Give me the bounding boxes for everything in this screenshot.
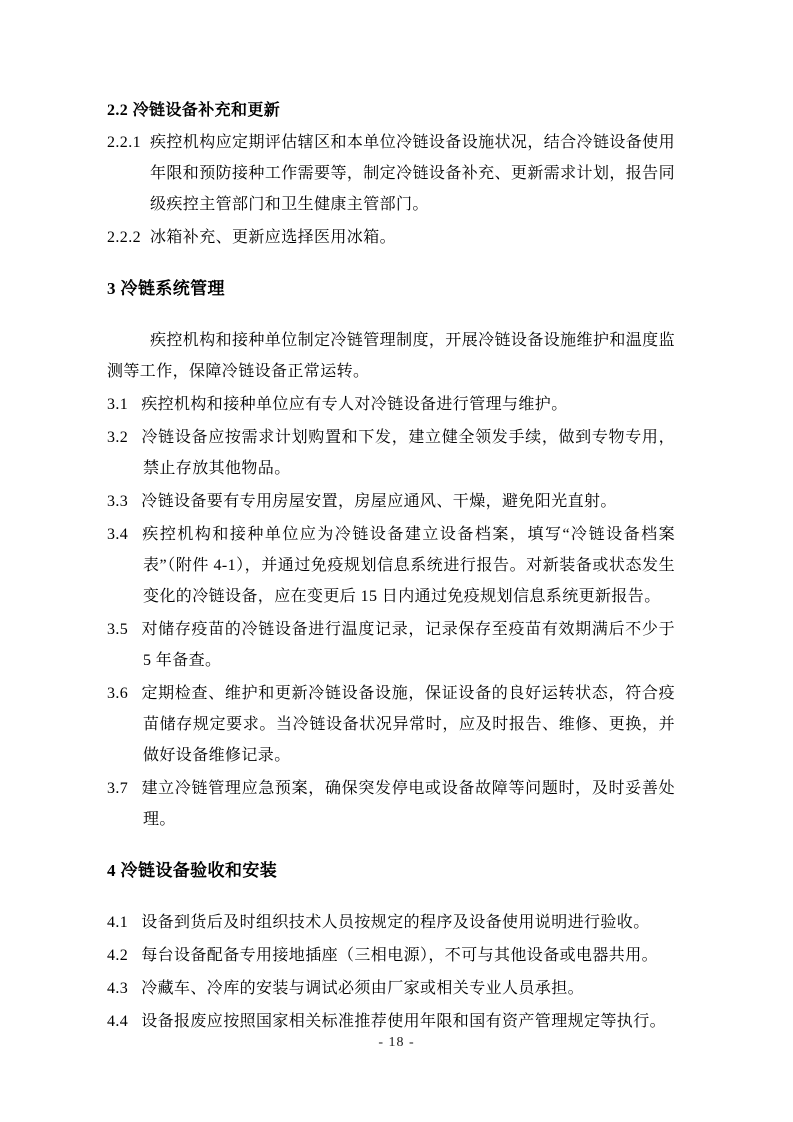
item-number: 2.2.2 xyxy=(107,229,150,246)
item-text: 疾控机构和接种单位应为冷链设备建立设备档案，填写“冷链设备档案表”（附件 4-1… xyxy=(141,526,675,605)
numbered-item-3-7: 3.7建立冷链管理应急预案，确保突发停电或设备故障等问题时，及时妥善处理。 xyxy=(107,773,675,835)
item-number: 3.7 xyxy=(107,780,141,797)
document-content: 2.2 冷链设备补充和更新 2.2.1疾控机构应定期评估辖区和本单位冷链设备设施… xyxy=(107,95,675,1039)
item-text: 冷链设备应按需求计划购置和下发，建立健全领发手续，做到专物专用，禁止存放其他物品… xyxy=(141,429,675,477)
numbered-item-3-2: 3.2冷链设备应按需求计划购置和下发，建立健全领发手续，做到专物专用，禁止存放其… xyxy=(107,422,675,484)
item-text: 建立冷链管理应急预案，确保突发停电或设备故障等问题时，及时妥善处理。 xyxy=(141,780,675,828)
item-number: 3.6 xyxy=(107,685,141,702)
item-text: 冷藏车、冷库的安装与调试必须由厂家或相关专业人员承担。 xyxy=(141,980,584,997)
section-heading-4: 4 冷链设备验收和安装 xyxy=(107,855,675,886)
section-heading-3: 3 冷链系统管理 xyxy=(107,273,675,304)
item-number: 4.1 xyxy=(107,914,141,931)
item-number: 3.3 xyxy=(107,493,141,510)
subsection-heading-2-2: 2.2 冷链设备补充和更新 xyxy=(107,95,675,126)
item-text: 对储存疫苗的冷链设备进行温度记录，记录保存至疫苗有效期满后不少于 5 年备查。 xyxy=(141,621,675,669)
item-text: 设备报废应按照国家相关标准推荐使用年限和国有资产管理规定等执行。 xyxy=(141,1013,666,1030)
item-text: 定期检查、维护和更新冷链设备设施，保证设备的良好运转状态，符合疫苗储存规定要求。… xyxy=(141,685,675,764)
item-number: 3.5 xyxy=(107,621,141,638)
item-text: 疾控机构应定期评估辖区和本单位冷链设备设施状况，结合冷链设备使用年限和预防接种工… xyxy=(150,134,675,213)
document-page: 2.2 冷链设备补充和更新 2.2.1疾控机构应定期评估辖区和本单位冷链设备设施… xyxy=(0,0,793,1122)
numbered-item-3-6: 3.6定期检查、维护和更新冷链设备设施，保证设备的良好运转状态，符合疫苗储存规定… xyxy=(107,678,675,771)
item-number: 4.4 xyxy=(107,1013,141,1030)
page-footer: - 18 - xyxy=(0,1033,793,1053)
numbered-item-3-5: 3.5对储存疫苗的冷链设备进行温度记录，记录保存至疫苗有效期满后不少于 5 年备… xyxy=(107,614,675,676)
numbered-item-3-1: 3.1疾控机构和接种单位应有专人对冷链设备进行管理与维护。 xyxy=(107,389,675,420)
item-text: 每台设备配备专用接地插座（三相电源），不可与其他设备或电器共用。 xyxy=(141,947,658,964)
item-number: 3.2 xyxy=(107,429,141,446)
numbered-item-3-4: 3.4疾控机构和接种单位应为冷链设备建立设备档案，填写“冷链设备档案表”（附件 … xyxy=(107,519,675,612)
page-number: - 18 - xyxy=(378,1035,414,1050)
numbered-item-2-2-2: 2.2.2冰箱补充、更新应选择医用冰箱。 xyxy=(107,222,675,253)
item-text: 疾控机构和接种单位应有专人对冷链设备进行管理与维护。 xyxy=(141,396,567,413)
item-number: 3.1 xyxy=(107,396,141,413)
numbered-item-4-3: 4.3冷藏车、冷库的安装与调试必须由厂家或相关专业人员承担。 xyxy=(107,973,675,1004)
item-number: 3.4 xyxy=(107,526,141,543)
item-number: 2.2.1 xyxy=(107,134,150,151)
numbered-item-4-1: 4.1设备到货后及时组织技术人员按规定的程序及设备使用说明进行验收。 xyxy=(107,907,675,938)
item-text: 设备到货后及时组织技术人员按规定的程序及设备使用说明进行验收。 xyxy=(141,914,649,931)
numbered-item-3-3: 3.3冷链设备要有专用房屋安置，房屋应通风、干燥，避免阳光直射。 xyxy=(107,486,675,517)
numbered-item-4-2: 4.2每台设备配备专用接地插座（三相电源），不可与其他设备或电器共用。 xyxy=(107,940,675,971)
item-text: 冰箱补充、更新应选择医用冰箱。 xyxy=(150,229,396,246)
item-number: 4.3 xyxy=(107,980,141,997)
item-text: 冷链设备要有专用房屋安置，房屋应通风、干燥，避免阳光直射。 xyxy=(141,493,617,510)
intro-paragraph: 疾控机构和接种单位制定冷链管理制度，开展冷链设备设施维护和温度监测等工作，保障冷… xyxy=(107,325,675,387)
numbered-item-2-2-1: 2.2.1疾控机构应定期评估辖区和本单位冷链设备设施状况，结合冷链设备使用年限和… xyxy=(107,127,675,220)
item-number: 4.2 xyxy=(107,947,141,964)
